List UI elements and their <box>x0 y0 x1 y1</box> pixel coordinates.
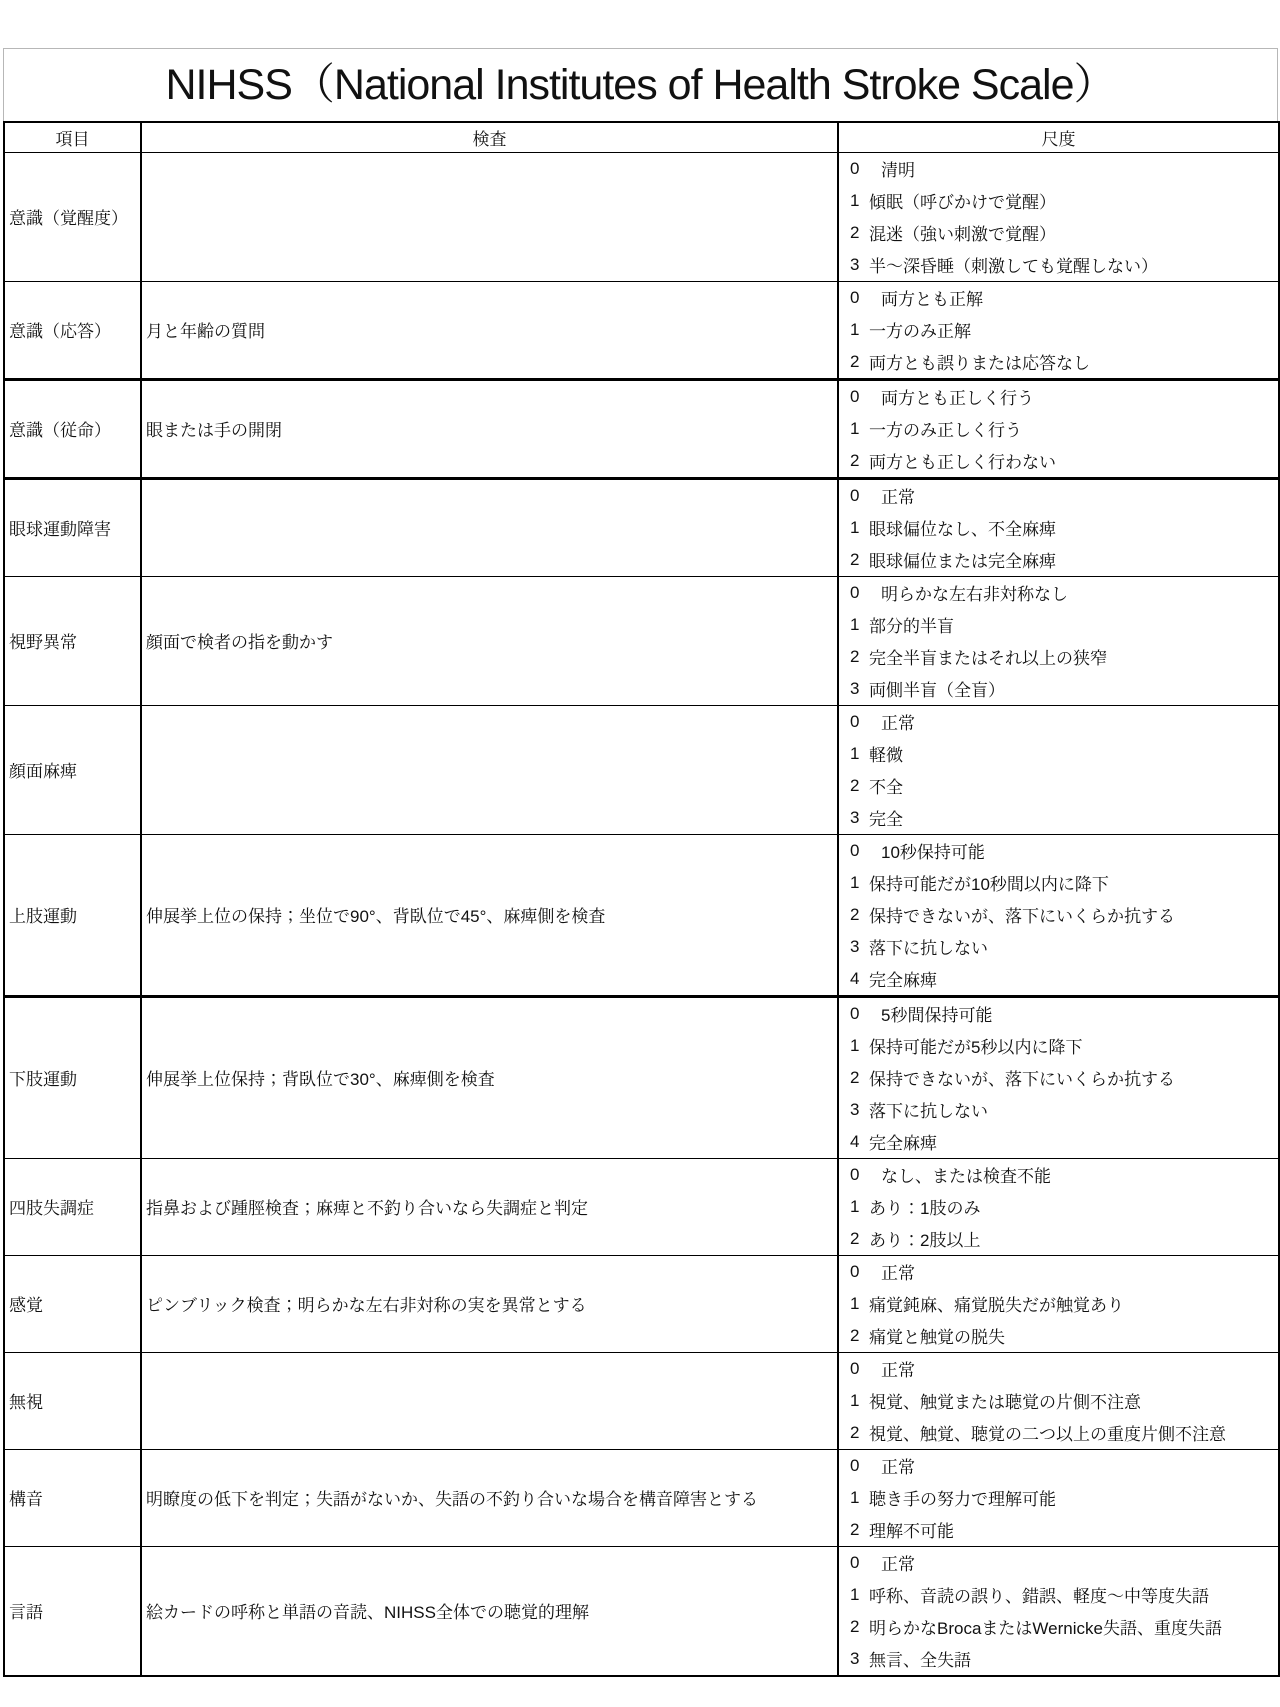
scale-text: 保持できないが、落下にいくらか抗する <box>869 902 1175 927</box>
item-cell: 無視 <box>4 1352 141 1449</box>
scale-number: 2 <box>850 550 869 570</box>
scale-number: 2 <box>850 1326 869 1346</box>
scale-text: 両方とも正しく行わない <box>869 448 1056 473</box>
scale-number: 3 <box>850 937 869 957</box>
scale-text: 正常 <box>881 1453 915 1478</box>
scale-line: 3落下に抗しない <box>850 931 1276 963</box>
scale-line: 2不全 <box>850 770 1276 802</box>
scale-line: 0正常 <box>850 1256 1276 1288</box>
scale-text: 半〜深昏睡（刺激しても覚醒しない） <box>869 252 1158 277</box>
scale-text: 完全麻痺 <box>869 1129 937 1154</box>
scale-text: 一方のみ正しく行う <box>869 416 1022 441</box>
scale-line: 0明らかな左右非対称なし <box>850 577 1276 609</box>
scale-line: 3無言、全失語 <box>850 1643 1276 1675</box>
scale-text: 5秒間保持可能 <box>881 1001 992 1026</box>
scale-line: 2混迷（強い刺激で覚醒） <box>850 217 1276 249</box>
scale-line: 2明らかなBrocaまたはWernicke失語、重度失語 <box>850 1611 1276 1643</box>
scale-text: 明らかなBrocaまたはWernicke失語、重度失語 <box>869 1614 1222 1639</box>
exam-cell: 絵カードの呼称と単語の音読、NIHSS全体での聴覚的理解 <box>141 1546 838 1676</box>
exam-cell: 顔面で検者の指を動かす <box>141 576 838 705</box>
scale-cell: 0なし、または検査不能1あり：1肢のみ2あり：2肢以上 <box>838 1158 1279 1255</box>
scale-text: 完全 <box>869 805 903 830</box>
scale-text: 部分的半盲 <box>869 612 954 637</box>
scale-text: 10秒保持可能 <box>881 838 985 863</box>
scale-text: 正常 <box>881 1550 915 1575</box>
scale-number: 1 <box>850 191 869 211</box>
scale-cell: 0明らかな左右非対称なし1部分的半盲2完全半盲またはそれ以上の狭窄3両側半盲（全… <box>838 576 1279 705</box>
item-cell: 上肢運動 <box>4 834 141 996</box>
exam-cell: 明瞭度の低下を判定；失語がないか、失語の不釣り合いな場合を構音障害とする <box>141 1449 838 1546</box>
scale-text: 両方とも正解 <box>881 285 983 310</box>
scale-text: 正常 <box>881 1356 915 1381</box>
scale-text: 視覚、触覚または聴覚の片側不注意 <box>869 1388 1141 1413</box>
scale-text: 痛覚鈍麻、痛覚脱失だが触覚あり <box>869 1291 1124 1316</box>
scale-text: 保持可能だが5秒以内に降下 <box>869 1033 1082 1058</box>
scale-line: 0両方とも正解 <box>850 282 1276 314</box>
item-cell: 下肢運動 <box>4 996 141 1158</box>
table-row: 顔面麻痺0正常1軽微2不全3完全 <box>4 705 1279 834</box>
scale-number: 0 <box>850 1553 881 1573</box>
scale-text: 両方とも正しく行う <box>881 384 1034 409</box>
scale-number: 2 <box>850 1068 869 1088</box>
scale-number: 3 <box>850 1100 869 1120</box>
scale-line: 1呼称、音読の誤り、錯誤、軽度〜中等度失語 <box>850 1579 1276 1611</box>
scale-number: 2 <box>850 1617 869 1637</box>
scale-line: 3半〜深昏睡（刺激しても覚醒しない） <box>850 249 1276 281</box>
item-cell: 視野異常 <box>4 576 141 705</box>
item-cell: 意識（従命） <box>4 379 141 478</box>
scale-number: 3 <box>850 808 869 828</box>
col-header-item: 項目 <box>4 122 141 152</box>
scale-cell: 0正常1視覚、触覚または聴覚の片側不注意2視覚、触覚、聴覚の二つ以上の重度片側不… <box>838 1352 1279 1449</box>
scale-line: 1保持可能だが10秒間以内に降下 <box>850 867 1276 899</box>
scale-line: 0清明 <box>850 153 1276 185</box>
scale-line: 4完全麻痺 <box>850 963 1276 995</box>
scale-number: 2 <box>850 776 869 796</box>
scale-number: 2 <box>850 647 869 667</box>
scale-text: 両側半盲（全盲） <box>869 676 1005 701</box>
table-row: 視野異常顔面で検者の指を動かす0明らかな左右非対称なし1部分的半盲2完全半盲また… <box>4 576 1279 705</box>
exam-cell <box>141 1352 838 1449</box>
table-row: 構音明瞭度の低下を判定；失語がないか、失語の不釣り合いな場合を構音障害とする0正… <box>4 1449 1279 1546</box>
item-cell: 感覚 <box>4 1255 141 1352</box>
item-cell: 意識（覚醒度） <box>4 152 141 281</box>
scale-number: 3 <box>850 1649 869 1669</box>
scale-text: 無言、全失語 <box>869 1646 971 1671</box>
scale-text: 明らかな左右非対称なし <box>881 580 1068 605</box>
scale-number: 0 <box>850 288 881 308</box>
exam-cell <box>141 478 838 576</box>
scale-line: 3完全 <box>850 802 1276 834</box>
scale-text: 呼称、音読の誤り、錯誤、軽度〜中等度失語 <box>869 1582 1209 1607</box>
item-cell: 言語 <box>4 1546 141 1676</box>
scale-number: 2 <box>850 1520 869 1540</box>
scale-number: 2 <box>850 223 869 243</box>
table-row: 言語絵カードの呼称と単語の音読、NIHSS全体での聴覚的理解0正常1呼称、音読の… <box>4 1546 1279 1676</box>
scale-number: 0 <box>850 159 881 179</box>
scale-line: 2眼球偏位または完全麻痺 <box>850 544 1276 576</box>
scale-number: 1 <box>850 1294 869 1314</box>
scale-text: 眼球偏位なし、不全麻痺 <box>869 515 1056 540</box>
scale-line: 1保持可能だが5秒以内に降下 <box>850 1030 1276 1062</box>
scale-text: 完全半盲またはそれ以上の狭窄 <box>869 644 1107 669</box>
scale-text: 正常 <box>881 1259 915 1284</box>
scale-line: 1聴き手の努力で理解可能 <box>850 1482 1276 1514</box>
scale-text: 軽微 <box>869 741 903 766</box>
scale-text: 落下に抗しない <box>869 934 988 959</box>
scale-text: あり：1肢のみ <box>869 1194 980 1219</box>
scale-line: 0なし、または検査不能 <box>850 1159 1276 1191</box>
scale-line: 3落下に抗しない <box>850 1094 1276 1126</box>
scale-number: 0 <box>850 387 881 407</box>
table-row: 意識（応答）月と年齢の質問0両方とも正解1一方のみ正解2両方とも誤りまたは応答な… <box>4 281 1279 379</box>
scale-line: 2保持できないが、落下にいくらか抗する <box>850 899 1276 931</box>
scale-number: 0 <box>850 841 881 861</box>
scale-line: 2保持できないが、落下にいくらか抗する <box>850 1062 1276 1094</box>
col-header-exam: 検査 <box>141 122 838 152</box>
scale-line: 1痛覚鈍麻、痛覚脱失だが触覚あり <box>850 1288 1276 1320</box>
scale-line: 1一方のみ正しく行う <box>850 413 1276 445</box>
scale-text: 聴き手の努力で理解可能 <box>869 1485 1056 1510</box>
scale-number: 0 <box>850 1262 881 1282</box>
scale-cell: 0正常1痛覚鈍麻、痛覚脱失だが触覚あり2痛覚と触覚の脱失 <box>838 1255 1279 1352</box>
scale-line: 2理解不可能 <box>850 1514 1276 1546</box>
scale-line: 0正常 <box>850 706 1276 738</box>
scale-text: なし、または検査不能 <box>881 1162 1051 1187</box>
scale-number: 1 <box>850 1036 869 1056</box>
scale-line: 1傾眠（呼びかけで覚醒） <box>850 185 1276 217</box>
scale-cell: 0正常1聴き手の努力で理解可能2理解不可能 <box>838 1449 1279 1546</box>
table-row: 意識（従命）眼または手の開閉0両方とも正しく行う1一方のみ正しく行う2両方とも正… <box>4 379 1279 478</box>
scale-line: 3両側半盲（全盲） <box>850 673 1276 705</box>
scale-number: 1 <box>850 873 869 893</box>
scale-number: 0 <box>850 583 881 603</box>
scale-line: 1視覚、触覚または聴覚の片側不注意 <box>850 1385 1276 1417</box>
scale-text: 視覚、触覚、聴覚の二つ以上の重度片側不注意 <box>869 1420 1226 1445</box>
table-body: 意識（覚醒度）0清明1傾眠（呼びかけで覚醒）2混迷（強い刺激で覚醒）3半〜深昏睡… <box>4 152 1279 1676</box>
scale-number: 1 <box>850 744 869 764</box>
scale-text: あり：2肢以上 <box>869 1226 980 1251</box>
scale-text: 両方とも誤りまたは応答なし <box>869 349 1090 374</box>
scale-number: 1 <box>850 615 869 635</box>
scale-number: 0 <box>850 1456 881 1476</box>
scale-number: 1 <box>850 1585 869 1605</box>
table-row: 感覚ピンブリック検査；明らかな左右非対称の実を異常とする0正常1痛覚鈍麻、痛覚脱… <box>4 1255 1279 1352</box>
scale-text: 傾眠（呼びかけで覚醒） <box>869 188 1056 213</box>
scale-line: 0両方とも正しく行う <box>850 381 1276 413</box>
scale-cell: 0両方とも正解1一方のみ正解2両方とも誤りまたは応答なし <box>838 281 1279 379</box>
scale-number: 0 <box>850 486 881 506</box>
item-cell: 眼球運動障害 <box>4 478 141 576</box>
item-cell: 意識（応答） <box>4 281 141 379</box>
scale-cell: 0正常1眼球偏位なし、不全麻痺2眼球偏位または完全麻痺 <box>838 478 1279 576</box>
scale-text: 理解不可能 <box>869 1517 954 1542</box>
item-cell: 顔面麻痺 <box>4 705 141 834</box>
exam-cell: 伸展挙上位保持；背臥位で30°、麻痺側を検査 <box>141 996 838 1158</box>
scale-text: 正常 <box>881 709 915 734</box>
scale-line: 2視覚、触覚、聴覚の二つ以上の重度片側不注意 <box>850 1417 1276 1449</box>
scale-text: 一方のみ正解 <box>869 317 971 342</box>
nihss-table: 項目 検査 尺度 意識（覚醒度）0清明1傾眠（呼びかけで覚醒）2混迷（強い刺激で… <box>3 121 1280 1677</box>
exam-cell <box>141 152 838 281</box>
scale-text: 正常 <box>881 483 915 508</box>
scale-line: 2両方とも正しく行わない <box>850 445 1276 477</box>
scale-number: 0 <box>850 1165 881 1185</box>
scale-line: 0正常 <box>850 1450 1276 1482</box>
scale-line: 2完全半盲またはそれ以上の狭窄 <box>850 641 1276 673</box>
scale-text: 保持できないが、落下にいくらか抗する <box>869 1065 1175 1090</box>
scale-number: 2 <box>850 451 869 471</box>
scale-line: 0正常 <box>850 1353 1276 1385</box>
scale-line: 1あり：1肢のみ <box>850 1191 1276 1223</box>
scale-cell: 010秒保持可能1保持可能だが10秒間以内に降下2保持できないが、落下にいくらか… <box>838 834 1279 996</box>
scale-text: 不全 <box>869 773 903 798</box>
header-row: 項目 検査 尺度 <box>4 122 1279 152</box>
scale-number: 2 <box>850 352 869 372</box>
scale-number: 0 <box>850 1359 881 1379</box>
scale-number: 3 <box>850 255 869 275</box>
scale-number: 3 <box>850 679 869 699</box>
table-header: 項目 検査 尺度 <box>4 122 1279 152</box>
scale-line: 2両方とも誤りまたは応答なし <box>850 346 1276 378</box>
scale-number: 1 <box>850 1488 869 1508</box>
item-cell: 構音 <box>4 1449 141 1546</box>
scale-cell: 0清明1傾眠（呼びかけで覚醒）2混迷（強い刺激で覚醒）3半〜深昏睡（刺激しても覚… <box>838 152 1279 281</box>
scale-number: 2 <box>850 1229 869 1249</box>
scale-text: 痛覚と触覚の脱失 <box>869 1323 1005 1348</box>
exam-cell: 眼または手の開閉 <box>141 379 838 478</box>
scale-text: 清明 <box>881 156 915 181</box>
scale-line: 2あり：2肢以上 <box>850 1223 1276 1255</box>
scale-line: 1軽微 <box>850 738 1276 770</box>
scale-line: 4完全麻痺 <box>850 1126 1276 1158</box>
scale-text: 完全麻痺 <box>869 966 937 991</box>
item-cell: 四肢失調症 <box>4 1158 141 1255</box>
scale-text: 落下に抗しない <box>869 1097 988 1122</box>
table-row: 無視0正常1視覚、触覚または聴覚の片側不注意2視覚、触覚、聴覚の二つ以上の重度片… <box>4 1352 1279 1449</box>
scale-number: 4 <box>850 1132 869 1152</box>
exam-cell <box>141 705 838 834</box>
table-row: 意識（覚醒度）0清明1傾眠（呼びかけで覚醒）2混迷（強い刺激で覚醒）3半〜深昏睡… <box>4 152 1279 281</box>
scale-line: 1一方のみ正解 <box>850 314 1276 346</box>
exam-cell: 月と年齢の質問 <box>141 281 838 379</box>
table-row: 上肢運動伸展挙上位の保持；坐位で90°、背臥位で45°、麻痺側を検査010秒保持… <box>4 834 1279 996</box>
scale-number: 2 <box>850 905 869 925</box>
scale-number: 4 <box>850 969 869 989</box>
scale-line: 1部分的半盲 <box>850 609 1276 641</box>
exam-cell: 伸展挙上位の保持；坐位で90°、背臥位で45°、麻痺側を検査 <box>141 834 838 996</box>
scale-cell: 0正常1軽微2不全3完全 <box>838 705 1279 834</box>
scale-cell: 0両方とも正しく行う1一方のみ正しく行う2両方とも正しく行わない <box>838 379 1279 478</box>
scale-number: 1 <box>850 1197 869 1217</box>
page-title: NIHSS（National Institutes of Health Stro… <box>166 64 1116 107</box>
title-box: NIHSS（National Institutes of Health Stro… <box>3 48 1278 121</box>
scale-number: 1 <box>850 1391 869 1411</box>
scale-number: 0 <box>850 712 881 732</box>
scale-text: 保持可能だが10秒間以内に降下 <box>869 870 1109 895</box>
document: NIHSS（National Institutes of Health Stro… <box>3 48 1278 1677</box>
table-row: 下肢運動伸展挙上位保持；背臥位で30°、麻痺側を検査05秒間保持可能1保持可能だ… <box>4 996 1279 1158</box>
scale-number: 1 <box>850 518 869 538</box>
scale-line: 010秒保持可能 <box>850 835 1276 867</box>
scale-line: 1眼球偏位なし、不全麻痺 <box>850 512 1276 544</box>
scale-number: 0 <box>850 1004 881 1024</box>
scale-line: 2痛覚と触覚の脱失 <box>850 1320 1276 1352</box>
scale-text: 混迷（強い刺激で覚醒） <box>869 220 1056 245</box>
scale-number: 2 <box>850 1423 869 1443</box>
col-header-scale: 尺度 <box>838 122 1279 152</box>
scale-number: 1 <box>850 320 869 340</box>
scale-cell: 0正常1呼称、音読の誤り、錯誤、軽度〜中等度失語2明らかなBrocaまたはWer… <box>838 1546 1279 1676</box>
table-row: 四肢失調症指鼻および踵脛検査；麻痺と不釣り合いなら失調症と判定0なし、または検査… <box>4 1158 1279 1255</box>
exam-cell: 指鼻および踵脛検査；麻痺と不釣り合いなら失調症と判定 <box>141 1158 838 1255</box>
scale-text: 眼球偏位または完全麻痺 <box>869 547 1056 572</box>
scale-line: 0正常 <box>850 1547 1276 1579</box>
scale-line: 0正常 <box>850 480 1276 512</box>
scale-number: 1 <box>850 419 869 439</box>
scale-line: 05秒間保持可能 <box>850 998 1276 1030</box>
scale-cell: 05秒間保持可能1保持可能だが5秒以内に降下2保持できないが、落下にいくらか抗す… <box>838 996 1279 1158</box>
table-row: 眼球運動障害0正常1眼球偏位なし、不全麻痺2眼球偏位または完全麻痺 <box>4 478 1279 576</box>
exam-cell: ピンブリック検査；明らかな左右非対称の実を異常とする <box>141 1255 838 1352</box>
